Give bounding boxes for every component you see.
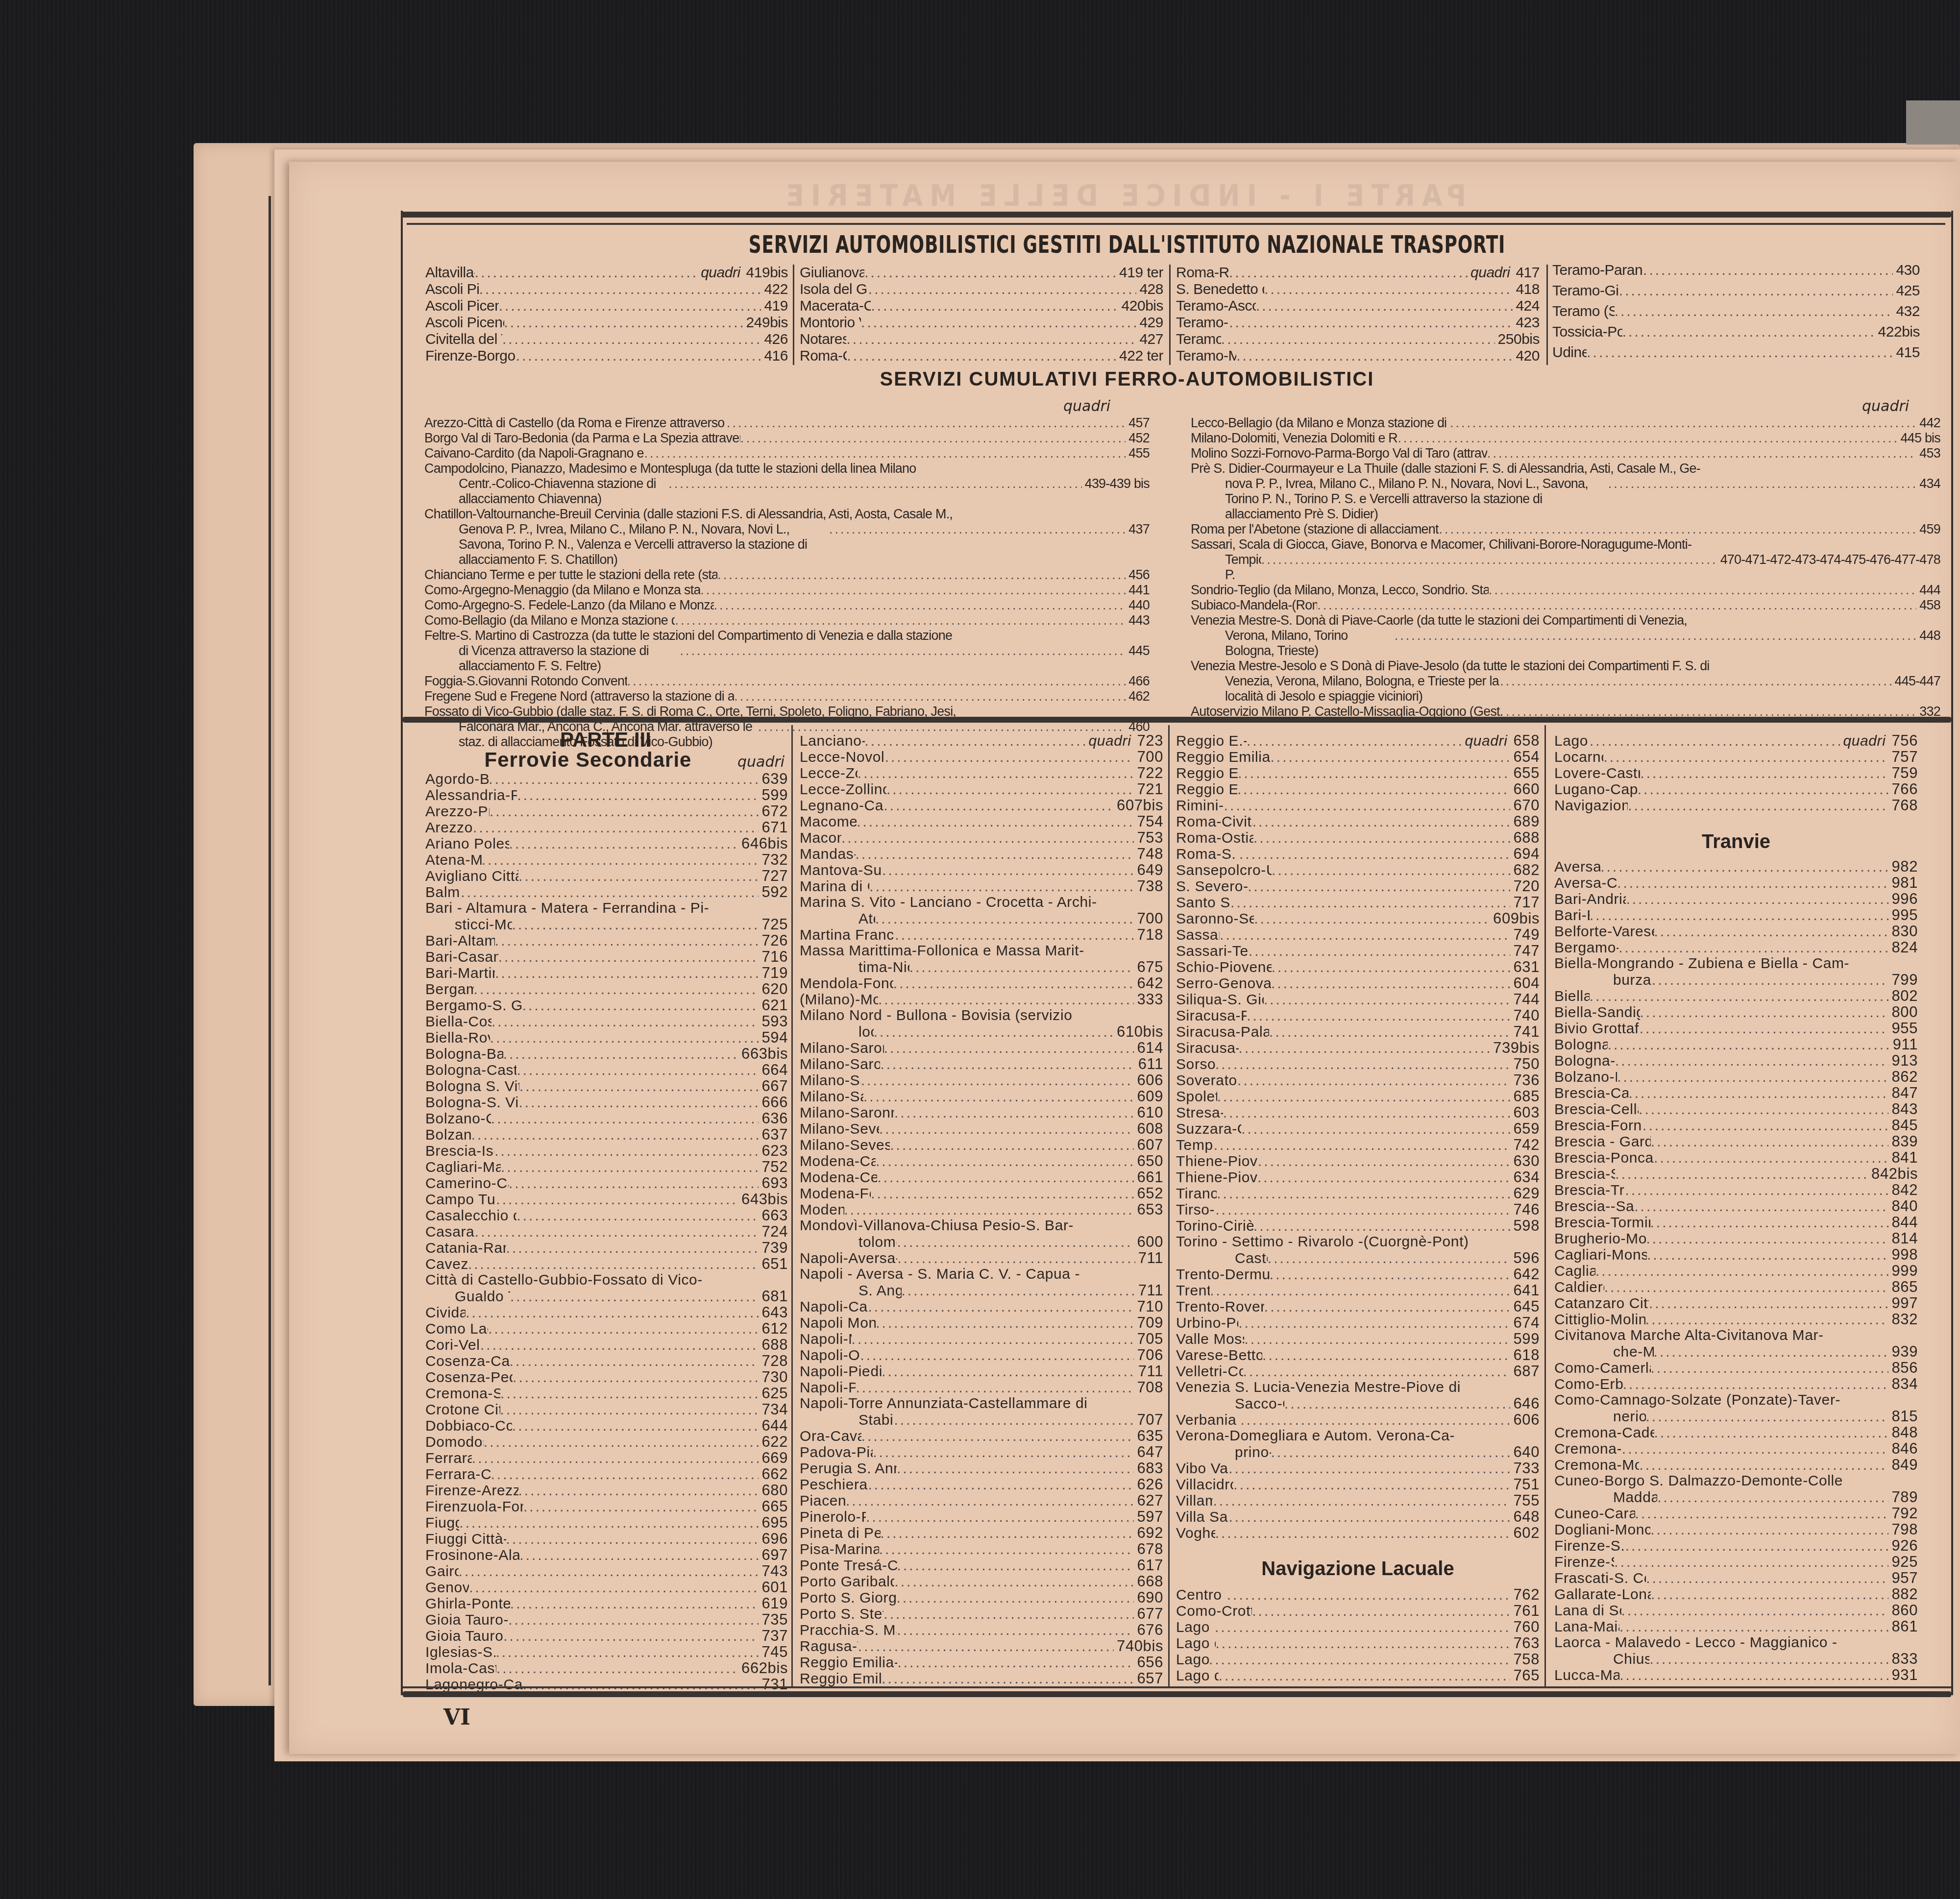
page-reference: 648 bbox=[1510, 1509, 1540, 1525]
int-services-column: Roma-Rieti-Ascoli Picenoquadri417S. Bene… bbox=[1176, 265, 1540, 365]
entry-name: Lana-Maia Bassa-Merano bbox=[1554, 1619, 1619, 1634]
page-reference: 742 bbox=[1510, 1137, 1540, 1153]
entry-name-continued: nova P. P., Ivrea, Milano C., Milano P. … bbox=[1191, 476, 1608, 522]
page-reference: 670 bbox=[1510, 797, 1540, 813]
leader-dots bbox=[1264, 281, 1513, 298]
entry-name: Bari-Andria-Barletta (Autom.) bbox=[1554, 891, 1626, 907]
page-reference: 865 bbox=[1888, 1279, 1918, 1295]
entry-name: Siracusa-Ragusa (Autom.) bbox=[1176, 1040, 1239, 1056]
page-reference: 661 bbox=[1134, 1169, 1163, 1185]
index-entry: Cremona-Ostiano (Autom.)846 bbox=[1554, 1440, 1918, 1457]
cumulative-services-title: SERVIZI CUMULATIVI FERRO-AUTOMOBILISTICI bbox=[490, 368, 1764, 390]
leader-dots bbox=[490, 1030, 759, 1046]
leader-dots bbox=[1652, 972, 1889, 988]
leader-dots bbox=[1587, 344, 1893, 361]
leader-dots bbox=[1651, 1360, 1889, 1376]
leader-dots bbox=[1229, 315, 1513, 331]
entry-name: (Milano)-Monza-Molteno-(Lecco) bbox=[800, 992, 878, 1007]
page-reference: 419 ter bbox=[1116, 265, 1163, 281]
page-reference: 592 bbox=[759, 884, 788, 900]
index-entry: Balma-Biella592 bbox=[425, 884, 788, 900]
index-entry: Napoli Montesanto-Torregaveta709 bbox=[800, 1315, 1163, 1331]
leader-dots bbox=[512, 1418, 759, 1434]
entry-name: Venezia Mestre-Jesolo e S Donà di Piave-… bbox=[1191, 658, 1710, 674]
leader-dots bbox=[680, 643, 1126, 658]
entry-name: Brescia-Carpenedolo (Autom.) bbox=[1554, 1085, 1628, 1101]
leader-dots bbox=[1618, 940, 1888, 955]
leader-dots bbox=[1249, 943, 1511, 959]
entry-name: Cori-Velletri (Autom.) bbox=[425, 1337, 480, 1353]
page-reference: 597 bbox=[1134, 1509, 1163, 1525]
page-reference: 739 bbox=[759, 1240, 788, 1256]
index-entry: Macomer-Bosa753 bbox=[800, 829, 1163, 846]
entry-name: Udine-Grado bbox=[1552, 344, 1587, 361]
leader-dots bbox=[1227, 1587, 1511, 1603]
index-entry: Arezzo-Città di Castello (da Roma e Fire… bbox=[424, 415, 1150, 431]
entry-name: Firenze-Arezzo-Città di Castello (Autom.… bbox=[425, 1483, 518, 1498]
index-entry: Sassari, Scala di Giocca, Giave, Bonorva… bbox=[1191, 537, 1940, 583]
page-reference: 711 bbox=[1135, 1250, 1163, 1266]
leader-dots bbox=[897, 1234, 1134, 1250]
entry-name: Firenze-S. Donnino (Autom.) bbox=[1554, 1538, 1625, 1554]
leader-dots bbox=[510, 1596, 759, 1611]
entry-name-continued: Gualdo Tadino (Autom.) bbox=[425, 1289, 510, 1304]
index-entry: Santo Spirito-Bitonto717 bbox=[1176, 894, 1540, 910]
entry-name: Cittiglio-Molino d'Anna-Luino (Autom.) .… bbox=[1554, 1312, 1645, 1327]
page-reference: 607bis bbox=[1114, 797, 1163, 813]
index-entry: Porto S. Stefano-Orbetello (Autom.)677 bbox=[800, 1606, 1163, 1622]
index-entry: Civitanova Marche Alta-Civitanova Mar-ch… bbox=[1554, 1327, 1918, 1360]
page-reference: 814 bbox=[1888, 1230, 1918, 1246]
entry-name: Reggio E.-Barco-Montecchio (Aut.) bbox=[1176, 733, 1247, 749]
entry-name: S. Benedetto del Tronto-Porto Civitanova bbox=[1176, 281, 1264, 298]
index-entry: Villa Santina-Carnia648 bbox=[1176, 1509, 1540, 1525]
index-entry: Arezzo-Sinalunga671 bbox=[425, 819, 788, 835]
leader-dots bbox=[495, 1644, 759, 1660]
index-entry: Bologna S. Vitale-Budrio-Massalombarda.6… bbox=[425, 1078, 788, 1094]
leader-dots bbox=[1654, 1344, 1889, 1360]
page-reference: 860 bbox=[1888, 1602, 1918, 1618]
entry-name: Torino - Settimo - Rivarolo -(Cuorgnè-Po… bbox=[1176, 1234, 1469, 1250]
index-entry: Udine-Grado415 bbox=[1552, 344, 1920, 365]
page-reference: 688 bbox=[1510, 829, 1540, 846]
index-entry: Torino - Settimo - Rivarolo -(Cuorgnè-Po… bbox=[1176, 1234, 1540, 1266]
page-reference: 743 bbox=[759, 1563, 788, 1579]
index-entry: Gioia Tauro-Cittanova-Cinquefrondi735 bbox=[425, 1611, 788, 1628]
leader-dots bbox=[506, 1240, 759, 1256]
index-entry: Roma-S. Cesareo-Fiuggi694 bbox=[1176, 846, 1540, 862]
entry-name: Martina Franca-Francavilla Fontana-Lecce bbox=[800, 927, 895, 943]
index-entry: Lago d'Iseo758 bbox=[1176, 1651, 1540, 1667]
leader-dots bbox=[1238, 765, 1510, 781]
page-reference: 824 bbox=[1888, 939, 1918, 955]
index-entry: Biella-Cossato-Masserano593 bbox=[425, 1013, 788, 1029]
page-reference: 674 bbox=[1510, 1315, 1540, 1331]
page-reference: 733 bbox=[1510, 1460, 1540, 1476]
ferrovie-col-2: Lanciano-Crocetta-Ortona Cittàquadri723L… bbox=[800, 732, 1163, 1686]
leader-dots bbox=[1224, 798, 1511, 813]
leader-dots bbox=[844, 1202, 1134, 1217]
leader-dots bbox=[488, 1321, 759, 1337]
leader-dots bbox=[1223, 1105, 1511, 1120]
entry-name: Gioia Tauro-Sinopoli S. Procopio bbox=[425, 1628, 503, 1644]
page-reference: 957 bbox=[1888, 1570, 1918, 1586]
page-reference: 646 bbox=[1510, 1395, 1540, 1412]
entry-name: Siliqua-S. Giovanni Suergiu-Calasetta bbox=[1176, 992, 1264, 1007]
entry-name: Aversa-Casal di Principe bbox=[1554, 875, 1617, 891]
page-reference: 752 bbox=[759, 1159, 788, 1175]
entry-name: Iglesias-S. Giovanni Suergiu bbox=[425, 1644, 495, 1660]
page-reference: 444 bbox=[1916, 583, 1940, 598]
index-entry: Como-Erba-Lecco (Autom.)834 bbox=[1554, 1376, 1918, 1392]
leader-dots bbox=[876, 1315, 1134, 1331]
page-reference: 418 bbox=[1513, 281, 1540, 298]
index-entry: Trento-Malè641 bbox=[1176, 1282, 1540, 1298]
entry-name: Notaresco-Teramo bbox=[800, 331, 846, 348]
page-reference: 609 bbox=[1134, 1088, 1163, 1104]
bottom-rule bbox=[403, 1691, 1951, 1697]
entry-name: Peschiera F. M. P.-Mantova bbox=[800, 1477, 868, 1492]
index-entry: Firenze-S. Donnino (Autom.)926 bbox=[1554, 1537, 1918, 1554]
page-reference: 655 bbox=[1510, 765, 1540, 781]
leader-dots bbox=[1640, 765, 1888, 781]
leader-dots bbox=[1264, 992, 1511, 1007]
page-reference: 432 bbox=[1893, 303, 1920, 320]
entry-name: Teramo-Montorio-Castelli bbox=[1176, 348, 1236, 365]
entry-name: Napoli-Cancello-Benevento bbox=[800, 1299, 868, 1315]
index-entry: Borgo Val di Taro-Bedonia (da Parma e La… bbox=[424, 431, 1150, 446]
leader-dots bbox=[871, 298, 1118, 315]
page-reference: 453 bbox=[1916, 446, 1940, 461]
leader-dots bbox=[897, 1461, 1134, 1476]
entry-name: Ora-Cavalese-Predazzo bbox=[800, 1428, 861, 1444]
leader-dots bbox=[1590, 907, 1888, 923]
entry-name: Montorio Vomano-Roseto bbox=[800, 315, 861, 331]
leader-dots bbox=[1253, 1218, 1510, 1234]
entry-name-continued: Stabia-Sorrento bbox=[800, 1412, 894, 1428]
entry-name: Imola-Castel S. Pietro (Autom.) bbox=[425, 1660, 496, 1676]
entry-name: Milano-Saronno-Seregno bbox=[800, 1089, 863, 1104]
leader-dots bbox=[878, 992, 1134, 1007]
page-reference: 600 bbox=[1134, 1234, 1163, 1250]
leader-dots bbox=[846, 1493, 1134, 1509]
leader-dots bbox=[886, 781, 1134, 797]
leader-dots bbox=[1214, 1137, 1511, 1153]
page-reference: 696 bbox=[759, 1531, 788, 1547]
entry-name: Bari-Barletta bbox=[1554, 907, 1590, 923]
index-entry: Bergamo-Albino (Autom.)824 bbox=[1554, 939, 1918, 955]
entry-name: Porto S. Stefano-Orbetello (Autom.) bbox=[800, 1606, 883, 1622]
entry-name: Cividale-Udine bbox=[425, 1305, 465, 1320]
index-entry: Trento-Rovereto-Riva-Arco (Autom.) ..645 bbox=[1176, 1298, 1540, 1315]
column-divider bbox=[1169, 265, 1171, 365]
leader-dots bbox=[1647, 1247, 1889, 1263]
entry-name: Roma-Campobasso bbox=[800, 348, 847, 365]
page-reference: 711 bbox=[1135, 1282, 1163, 1298]
entry-name: Stresa-Mottarone bbox=[1176, 1105, 1223, 1120]
leader-dots bbox=[479, 281, 761, 298]
page-reference: 457 bbox=[1126, 415, 1150, 431]
index-entry: Genova-Casella601 bbox=[425, 1579, 788, 1595]
leader-dots bbox=[1215, 1056, 1511, 1072]
entry-name: Trento-Malè bbox=[1176, 1283, 1210, 1298]
index-entry: Ariano Polesine-Adria-Rovigo (Autom.)646… bbox=[425, 835, 788, 852]
entry-name: Aversa-Albanova bbox=[1554, 859, 1600, 875]
page-reference: 675 bbox=[1134, 959, 1163, 975]
entry-name: Sorso-Sassari bbox=[1176, 1056, 1215, 1072]
leader-dots bbox=[503, 1046, 738, 1062]
page-reference: 911 bbox=[1890, 1036, 1918, 1052]
index-entry: Thiene-Piovene-Rocchette-Arsiero630 bbox=[1176, 1153, 1540, 1169]
entry-name: Bologna-Pieve di Cento bbox=[1554, 1053, 1615, 1069]
page-reference: 470-471-472-473-474-475-476-477-478 bbox=[1717, 552, 1940, 567]
page-reference: 844 bbox=[1888, 1214, 1918, 1230]
leader-dots bbox=[509, 1175, 759, 1191]
page-reference: 753 bbox=[1134, 829, 1163, 846]
entry-name: Reggio Emilia-Boretto-Brescello (Autom.)… bbox=[1176, 749, 1270, 765]
page-reference: 815 bbox=[1888, 1408, 1918, 1424]
leader-dots bbox=[896, 1590, 1134, 1606]
page-reference: 422 bbox=[761, 281, 788, 298]
leader-dots bbox=[523, 1677, 759, 1692]
leader-dots bbox=[496, 1660, 738, 1676]
entry-name: Suzzara-Guastalla-Parma bbox=[1176, 1121, 1241, 1137]
leader-dots bbox=[1615, 303, 1893, 320]
page-reference: 746 bbox=[1510, 1201, 1540, 1217]
entry-name: Prè S. Didier-Courmayeur e La Thuile (da… bbox=[1191, 461, 1700, 476]
page-reference: 663bis bbox=[738, 1046, 788, 1062]
entry-name: Camerino-Castelraimondo (Autom.) bbox=[425, 1175, 509, 1191]
index-entry: Roma per l'Abetone (stazione di allaccia… bbox=[1191, 522, 1940, 537]
index-entry: Urbino-Pergola (Autom.)674 bbox=[1176, 1315, 1540, 1331]
leader-dots bbox=[491, 1014, 759, 1029]
quadri-label-cum-left: quadri bbox=[1063, 398, 1110, 415]
leader-dots bbox=[1450, 415, 1916, 431]
page-reference: 765 bbox=[1510, 1667, 1540, 1683]
page-reference: 721 bbox=[1134, 781, 1163, 797]
page-reference: 458 bbox=[1916, 598, 1940, 613]
entry-name: Lecco-Bellagio (da Milano e Monza stazio… bbox=[1191, 415, 1450, 431]
leader-dots bbox=[1237, 1072, 1510, 1088]
page-reference: 748 bbox=[1134, 846, 1163, 862]
index-entry: Cuneo-Borgo S. Dalmazzo-Demonte-ColleMad… bbox=[1554, 1473, 1918, 1505]
index-entry: Milano-Saronno-Varese-Laveno Mombello610 bbox=[800, 1104, 1163, 1120]
index-entry: Bari-Casamassima-Putignano716 bbox=[425, 949, 788, 965]
index-entry: Notaresco-Teramo427 bbox=[800, 331, 1163, 348]
entry-name: Arezzo-Sinalunga bbox=[425, 820, 473, 835]
entry-name: Mondovì-Villanova-Chiusa Pesio-S. Bar- bbox=[800, 1217, 1074, 1234]
entry-name: Soverato-Chiaravalle C. bbox=[1176, 1072, 1237, 1088]
leader-dots bbox=[1269, 1024, 1510, 1040]
leader-dots bbox=[1645, 1312, 1889, 1327]
index-entry: Brescia - Gardone-San Colomb. (Autom.) .… bbox=[1554, 1133, 1918, 1149]
leader-dots bbox=[1237, 781, 1511, 797]
leader-dots bbox=[1268, 1250, 1511, 1266]
entry-name-continued: di Vicenza attraverso la stazione di all… bbox=[424, 643, 680, 674]
ferrovie-col-1: Agordo-Bribano (Autom.)639Alessandria-Fr… bbox=[425, 771, 788, 1692]
leader-dots bbox=[1619, 283, 1893, 299]
leader-dots bbox=[846, 331, 1136, 348]
entry-name: Voghera-Varzi bbox=[1176, 1525, 1215, 1541]
int-services-column: Teramo-Paranesi-Ceppo (Bosco Martese)430… bbox=[1552, 262, 1920, 365]
leader-dots bbox=[1395, 628, 1917, 643]
index-entry: Trento-Dermulo-Fondo-Mendola (Autom.)642 bbox=[1176, 1266, 1540, 1282]
leader-dots bbox=[879, 1541, 1134, 1557]
page-reference: 717 bbox=[1510, 894, 1540, 910]
page-reference: 440 bbox=[1126, 598, 1150, 613]
index-entry: Biella-Sandigliano-Borriana (Autom.)800 bbox=[1554, 1004, 1918, 1020]
leader-dots bbox=[508, 1612, 759, 1628]
entry-name: Varese-Bettole-Ghirla-Luino (Autom.) bbox=[1176, 1347, 1262, 1363]
entry-name: Macomer-Tirso-Nuoro bbox=[800, 814, 857, 829]
entry-name: Bologna-Malalbergo bbox=[1554, 1037, 1608, 1052]
entry-name-continued: Atessa bbox=[800, 911, 875, 926]
entry-name: Ascoli Piceno-Ancona bbox=[425, 281, 479, 298]
page-reference: 736 bbox=[1510, 1072, 1540, 1088]
leader-dots bbox=[1258, 1153, 1511, 1169]
index-entry: Napoli-Pompei-Sarno708 bbox=[800, 1379, 1163, 1395]
index-entry: Ragusa-Vizzini (Autom.)740bis bbox=[800, 1638, 1163, 1654]
page-reference: 671 bbox=[759, 819, 788, 835]
leader-dots bbox=[1640, 1004, 1889, 1020]
entry-name-continued: Maddalena (Autom.) bbox=[1554, 1489, 1657, 1505]
page-reference: 607 bbox=[1134, 1137, 1163, 1153]
page-reference: 599 bbox=[1510, 1331, 1540, 1347]
index-entry: Mondovì-Villanova-Chiusa Pesio-S. Bar-to… bbox=[800, 1217, 1163, 1250]
index-entry: Brescia-Carpenedolo (Autom.)847 bbox=[1554, 1085, 1918, 1101]
entry-name: Pracchia-S. Marcello Pistoiese-Mammiano … bbox=[800, 1622, 897, 1638]
leader-dots bbox=[1228, 1461, 1510, 1476]
leader-dots bbox=[1590, 733, 1840, 749]
index-entry: Napoli - Aversa - S. Maria C. V. - Capua… bbox=[800, 1266, 1163, 1298]
page-reference: 443 bbox=[1126, 613, 1150, 628]
index-entry: Napoli-Torre Annunziata-Castellammare di… bbox=[800, 1395, 1163, 1428]
index-entry: Casarano-Gallipoli724 bbox=[425, 1223, 788, 1240]
page-reference: 445 bis bbox=[1898, 431, 1940, 446]
index-entry: Brescia-Travagliato (Autom.)842 bbox=[1554, 1182, 1918, 1198]
page-reference: 666 bbox=[759, 1094, 788, 1110]
entry-name: Cremona-Montanara-Asola (Autom.) bbox=[1554, 1457, 1639, 1473]
entry-name: Napoli-Pompei-Sarno bbox=[800, 1380, 856, 1395]
entry-name: Ferrara-Copparo (Autom.) bbox=[425, 1466, 490, 1482]
leader-dots bbox=[1239, 846, 1510, 862]
leader-dots bbox=[500, 1402, 759, 1417]
index-entry: Siliqua-S. Giovanni Suergiu-Calasetta744 bbox=[1176, 991, 1540, 1007]
page-reference: 744 bbox=[1510, 991, 1540, 1007]
quadri-label: quadri bbox=[1840, 733, 1888, 749]
page-reference: 651 bbox=[759, 1256, 788, 1272]
index-entry: Brescia-Cellatica-Gussago (Autom.)843 bbox=[1554, 1101, 1918, 1117]
leader-dots bbox=[1272, 862, 1510, 878]
index-entry: Molino Sozzi-Fornovo-Parma-Borgo Val di … bbox=[1191, 446, 1940, 461]
leader-dots bbox=[1271, 1444, 1511, 1460]
leader-dots bbox=[1651, 1134, 1889, 1149]
entry-name: Modena-Cento-Ferrara (Autom.) bbox=[800, 1169, 877, 1185]
leader-dots bbox=[1236, 348, 1513, 365]
entry-name: Marina S. Vito - Lanciano - Crocetta - A… bbox=[800, 894, 1097, 910]
index-entry: Teramo-Ascoli Piceno e diramazioni424 bbox=[1176, 298, 1540, 315]
index-entry: Bari-Martina Franca-Taranto719 bbox=[425, 965, 788, 981]
entry-name: Brescia-Travagliato (Autom.) bbox=[1554, 1182, 1625, 1198]
entry-name: Casarano-Gallipoli bbox=[425, 1224, 475, 1240]
page-reference: 999 bbox=[1888, 1263, 1918, 1279]
entry-name: Sansepolcro-Umbertide-Perugia-Todi-Terni bbox=[1176, 862, 1272, 878]
entry-name: Como-Bellagio (da Milano e Monza stazion… bbox=[424, 613, 675, 628]
entry-name: Napoli-Piedimonte d'Alife (Autom.) bbox=[800, 1363, 882, 1379]
index-entry: Macomer-Tirso-Nuoro754 bbox=[800, 813, 1163, 829]
entry-name: Bolzano-Laives (Autom.) bbox=[1554, 1069, 1617, 1085]
page-reference: 606 bbox=[1134, 1072, 1163, 1088]
entry-name: Napoli-Torre Annunziata-Castellammare di bbox=[800, 1395, 1088, 1412]
page-reference: 625 bbox=[759, 1385, 788, 1401]
entry-name: Trento-Rovereto-Riva-Arco (Autom.) .. bbox=[1176, 1299, 1264, 1315]
index-entry: Mantova-Suzzara-Sermide-Ferrara649 bbox=[800, 862, 1163, 878]
leader-dots bbox=[1487, 446, 1916, 461]
leader-dots bbox=[490, 803, 759, 819]
leader-dots bbox=[627, 674, 1126, 689]
entry-name: Tirano-Sondrio bbox=[1176, 1186, 1217, 1201]
leader-dots bbox=[461, 884, 759, 900]
entry-name: Villamar-Ales bbox=[1176, 1493, 1213, 1509]
index-entry: Civitella del Tronto-Castel di Lama426 bbox=[425, 331, 788, 348]
page-reference: 659 bbox=[1510, 1120, 1540, 1137]
leader-dots bbox=[471, 1127, 759, 1143]
page-reference: 459 bbox=[1916, 522, 1940, 537]
index-entry: Chianciano Terme e per tutte le stazioni… bbox=[424, 567, 1150, 583]
page-reference: 606 bbox=[1510, 1412, 1540, 1428]
entry-name: Mantova-Suzzara-Sermide-Ferrara bbox=[800, 862, 882, 878]
leader-dots bbox=[883, 1606, 1134, 1622]
page-reference: 663 bbox=[759, 1207, 788, 1223]
entry-name-continued: Venezia, Verona, Milano, Bologna, e Trie… bbox=[1191, 674, 1500, 704]
leader-dots bbox=[1215, 1202, 1510, 1217]
page-reference: 737 bbox=[759, 1628, 788, 1644]
entry-name: Lago di Garda bbox=[1176, 1635, 1216, 1651]
entry-name-continued: tolomeo (Autom.) bbox=[800, 1234, 897, 1250]
index-entry: Voghera-Varzi602 bbox=[1176, 1525, 1540, 1541]
index-entry: Imola-Castel S. Pietro (Autom.)662bis bbox=[425, 1660, 788, 1676]
leader-dots bbox=[1619, 1619, 1888, 1634]
entry-name: Milano Nord - Bullona - Bovisia (servizi… bbox=[800, 1007, 1072, 1023]
page-reference: 740 bbox=[1510, 1007, 1540, 1023]
leader-dots bbox=[475, 1224, 759, 1240]
page-reference: 424 bbox=[1513, 298, 1540, 315]
int-services-column: Giulianova-Isola del G. Sasso419 terIsol… bbox=[800, 265, 1163, 365]
entry-name: Bolzano-Collalbo bbox=[425, 1127, 471, 1143]
leader-dots bbox=[518, 868, 759, 884]
entry-name-continued: tima-Niccioleta (Autom.) bbox=[800, 959, 909, 975]
page-reference: 445 bbox=[1126, 643, 1150, 658]
page-reference: 760 bbox=[1510, 1619, 1540, 1635]
leader-dots bbox=[865, 733, 1086, 749]
leader-dots bbox=[459, 1515, 759, 1531]
entry-name: Feltre-S. Martino di Castrozza (da tutte… bbox=[424, 628, 952, 643]
leader-dots bbox=[1600, 859, 1888, 875]
leader-dots bbox=[884, 1040, 1134, 1056]
index-entry: Teramo-Giulianova-Pescara425 bbox=[1552, 283, 1920, 303]
page-reference: 445-447 bbox=[1892, 674, 1941, 689]
show-through-title: PARTE I - INDICE DELLE MATERIE bbox=[779, 179, 1466, 213]
entry-name: Agordo-Bribano (Autom.) bbox=[425, 771, 489, 787]
page-reference: 452 bbox=[1126, 431, 1150, 446]
index-entry: Modena-Vignola653 bbox=[800, 1201, 1163, 1217]
entry-name: Brugherio-Monza (Arengario) (Autom.) .. bbox=[1554, 1231, 1646, 1246]
page-reference: 709 bbox=[1134, 1315, 1163, 1331]
entry-name: Padova-Piazzola-Carmignano bbox=[800, 1444, 873, 1460]
entry-name: Milano-Dolomiti, Venezia Dolomiti e Roma… bbox=[1191, 431, 1397, 446]
leader-dots bbox=[882, 1671, 1134, 1686]
index-entry: Camerino-Castelraimondo (Autom.)693 bbox=[425, 1175, 788, 1191]
